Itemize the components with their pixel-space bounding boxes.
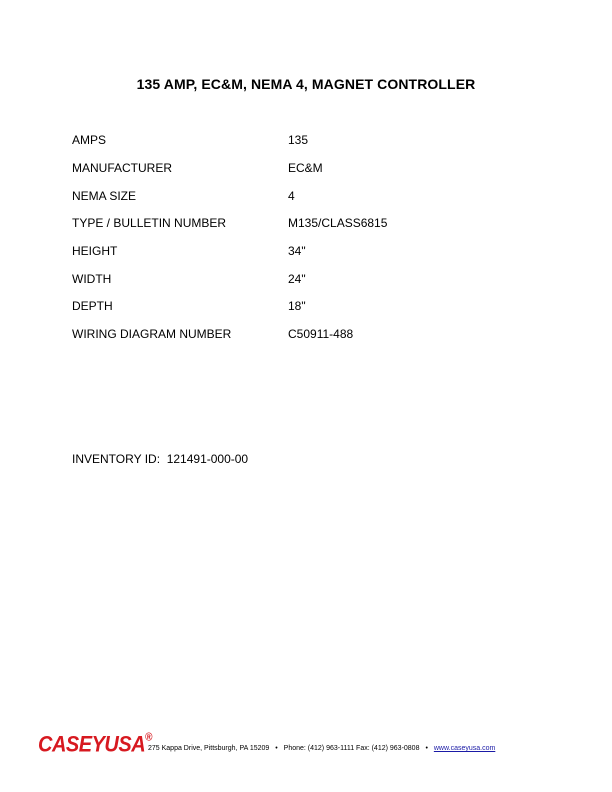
registered-mark-icon: ® <box>145 732 152 744</box>
logo-text: CASEYUSA <box>38 733 145 757</box>
spec-label: MANUFACTURER <box>72 161 172 175</box>
spec-value: 4 <box>288 189 295 203</box>
website-link[interactable]: www.caseyusa.com <box>434 745 495 752</box>
spec-value: 24" <box>288 272 306 286</box>
footer-contact: 275 Kappa Drive, Pittsburgh, PA 15209 • … <box>148 745 495 752</box>
spec-label: HEIGHT <box>72 244 117 258</box>
bullet-separator: • <box>275 745 277 752</box>
footer-address: 275 Kappa Drive, Pittsburgh, PA 15209 <box>148 745 269 752</box>
spec-label: WIRING DIAGRAM NUMBER <box>72 327 231 341</box>
spec-value: C50911-488 <box>288 327 353 341</box>
inventory-id: INVENTORY ID: 121491-000-00 <box>72 452 248 466</box>
caseyusa-logo: CASEYUSA® <box>38 733 152 758</box>
inventory-value: 121491-000-00 <box>167 452 248 466</box>
spec-value: M135/CLASS6815 <box>288 216 387 230</box>
footer: CASEYUSA® 275 Kappa Drive, Pittsburgh, P… <box>38 733 578 759</box>
inventory-label: INVENTORY ID: <box>72 452 160 466</box>
spec-value: EC&M <box>288 161 323 175</box>
bullet-separator: • <box>425 745 427 752</box>
spec-label: AMPS <box>72 133 106 147</box>
spec-label: DEPTH <box>72 299 113 313</box>
spec-value: 135 <box>288 133 308 147</box>
spec-label: TYPE / BULLETIN NUMBER <box>72 216 226 230</box>
document-title: 135 AMP, EC&M, NEMA 4, MAGNET CONTROLLER <box>0 76 612 92</box>
spec-value: 18" <box>288 299 306 313</box>
spec-value: 34" <box>288 244 306 258</box>
spec-label: NEMA SIZE <box>72 189 136 203</box>
footer-phone-fax: Phone: (412) 963-1111 Fax: (412) 963-080… <box>284 745 420 752</box>
spec-label: WIDTH <box>72 272 111 286</box>
